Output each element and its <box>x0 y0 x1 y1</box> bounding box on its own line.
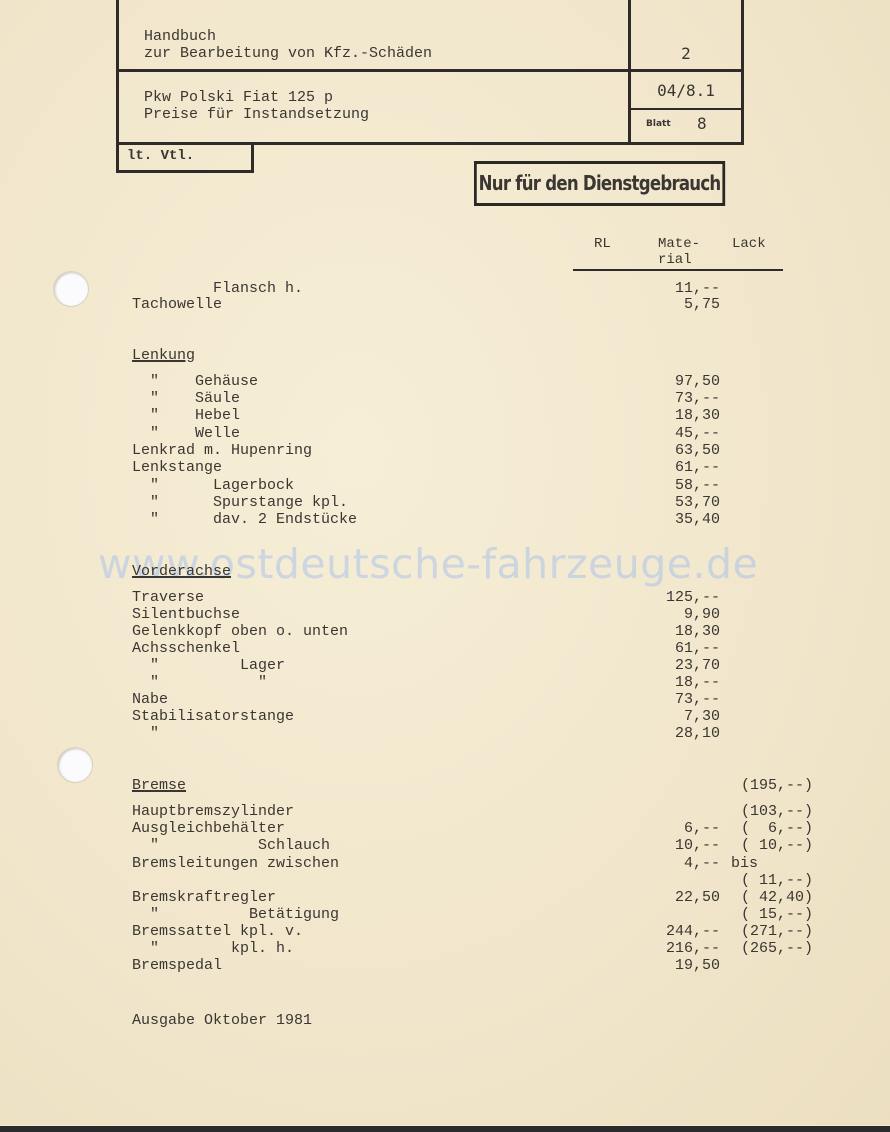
material-price: 73,-- <box>640 390 720 407</box>
material-price: 73,-- <box>640 691 720 708</box>
code-cell: 04/8.1 <box>631 72 741 110</box>
lack-price: ( 15,--) <box>741 906 813 923</box>
manual-subtitle: zur Bearbeitung von Kfz.-Schäden <box>144 45 432 62</box>
lack-price: ( 11,--) <box>741 872 813 889</box>
material-price: 4,-- <box>640 855 720 872</box>
manual-title: Handbuch <box>144 28 216 45</box>
section-title: Vorderachse <box>132 563 231 580</box>
lack-price: (265,--) <box>741 940 813 957</box>
material-price: 35,40 <box>640 511 720 528</box>
material-price: 19,50 <box>640 957 720 974</box>
part-name: Nabe <box>132 691 168 708</box>
column-header-lack: Lack <box>732 236 766 252</box>
lack-price: bis <box>731 855 758 872</box>
edition-note: Ausgabe Oktober 1981 <box>132 1012 312 1029</box>
material-price: 61,-- <box>640 640 720 657</box>
volume-number: 2 <box>631 44 741 63</box>
part-name: Lenkstange <box>132 459 222 476</box>
part-name: Tachowelle <box>132 296 222 313</box>
material-price: 18,30 <box>640 623 720 640</box>
material-price: 22,50 <box>640 889 720 906</box>
material-price: 45,-- <box>640 425 720 442</box>
material-price: 9,90 <box>640 606 720 623</box>
material-price: 10,-- <box>640 837 720 854</box>
part-name: " Lager <box>132 657 285 674</box>
lack-price: (195,--) <box>741 777 813 794</box>
material-price: 53,70 <box>640 494 720 511</box>
part-name: Ausgleichbehälter <box>132 820 285 837</box>
header-title-cell: Handbuch zur Bearbeitung von Kfz.-Schäde… <box>119 0 631 72</box>
material-price: 63,50 <box>640 442 720 459</box>
punch-hole-icon <box>57 747 93 783</box>
blatt-cell: Blatt 8 <box>631 110 741 142</box>
punch-hole-icon <box>53 271 89 307</box>
section-title: Lenkung <box>132 347 195 364</box>
part-name: Hauptbremszylinder <box>132 803 294 820</box>
confidential-stamp: Nur für den Dienstgebrauch <box>474 161 725 206</box>
material-price: 125,-- <box>640 589 720 606</box>
header-box: Handbuch zur Bearbeitung von Kfz.-Schäde… <box>116 0 744 145</box>
part-name: " " <box>132 674 267 691</box>
material-price: 18,30 <box>640 407 720 424</box>
part-name: " Schlauch <box>132 837 330 854</box>
part-name: " Gehäuse <box>132 373 258 390</box>
document-code: 04/8.1 <box>631 81 741 100</box>
distribution-box: lt. Vtl. <box>116 145 254 173</box>
material-price: 23,70 <box>640 657 720 674</box>
vehicle-name: Pkw Polski Fiat 125 p <box>144 89 333 106</box>
blatt-label: Blatt <box>646 119 671 129</box>
part-name: " dav. 2 Endstücke <box>132 511 357 528</box>
header-subject-cell: Pkw Polski Fiat 125 p Preise für Instand… <box>119 72 631 142</box>
part-name: " Betätigung <box>132 906 339 923</box>
part-name: " Lagerbock <box>132 477 294 494</box>
part-name: Traverse <box>132 589 204 606</box>
lack-price: ( 6,--) <box>741 820 813 837</box>
part-name: Lenkrad m. Hupenring <box>132 442 312 459</box>
lack-price: (103,--) <box>741 803 813 820</box>
part-name: Gelenkkopf oben o. unten <box>132 623 348 640</box>
material-price: 5,75 <box>640 296 720 313</box>
material-price: 11,-- <box>640 280 720 297</box>
blatt-number: 8 <box>697 114 707 133</box>
part-name: Silentbuchse <box>132 606 240 623</box>
material-price: 58,-- <box>640 477 720 494</box>
material-price: 97,50 <box>640 373 720 390</box>
column-header-rule <box>573 269 783 271</box>
material-price: 244,-- <box>640 923 720 940</box>
material-price: 28,10 <box>640 725 720 742</box>
document-subject: Preise für Instandsetzung <box>144 106 369 123</box>
part-name: Bremsleitungen zwischen <box>132 855 339 872</box>
lack-price: ( 10,--) <box>741 837 813 854</box>
part-name: Bremspedal <box>132 957 222 974</box>
part-name: Bremskraftregler <box>132 889 276 906</box>
material-price: 18,-- <box>640 674 720 691</box>
part-name: Stabilisatorstange <box>132 708 294 725</box>
lack-price: (271,--) <box>741 923 813 940</box>
part-name: Bremssattel kpl. v. <box>132 923 303 940</box>
material-price: 216,-- <box>640 940 720 957</box>
part-name: " Welle <box>132 425 240 442</box>
material-price: 61,-- <box>640 459 720 476</box>
section-title: Bremse <box>132 777 186 794</box>
part-name: " kpl. h. <box>132 940 294 957</box>
part-name: " Hebel <box>132 407 240 424</box>
lack-price: ( 42,40) <box>741 889 813 906</box>
part-name: Achsschenkel <box>132 640 240 657</box>
part-name: Flansch h. <box>132 280 303 297</box>
part-name: " Säule <box>132 390 240 407</box>
material-price: 7,30 <box>640 708 720 725</box>
column-header-rl: RL <box>594 236 611 252</box>
material-price: 6,-- <box>640 820 720 837</box>
scan-edge <box>0 1126 890 1132</box>
part-name: " <box>132 725 159 742</box>
column-header-material: Mate- rial <box>658 236 700 268</box>
part-name: " Spurstange kpl. <box>132 494 348 511</box>
volume-cell: 2 <box>631 0 741 72</box>
